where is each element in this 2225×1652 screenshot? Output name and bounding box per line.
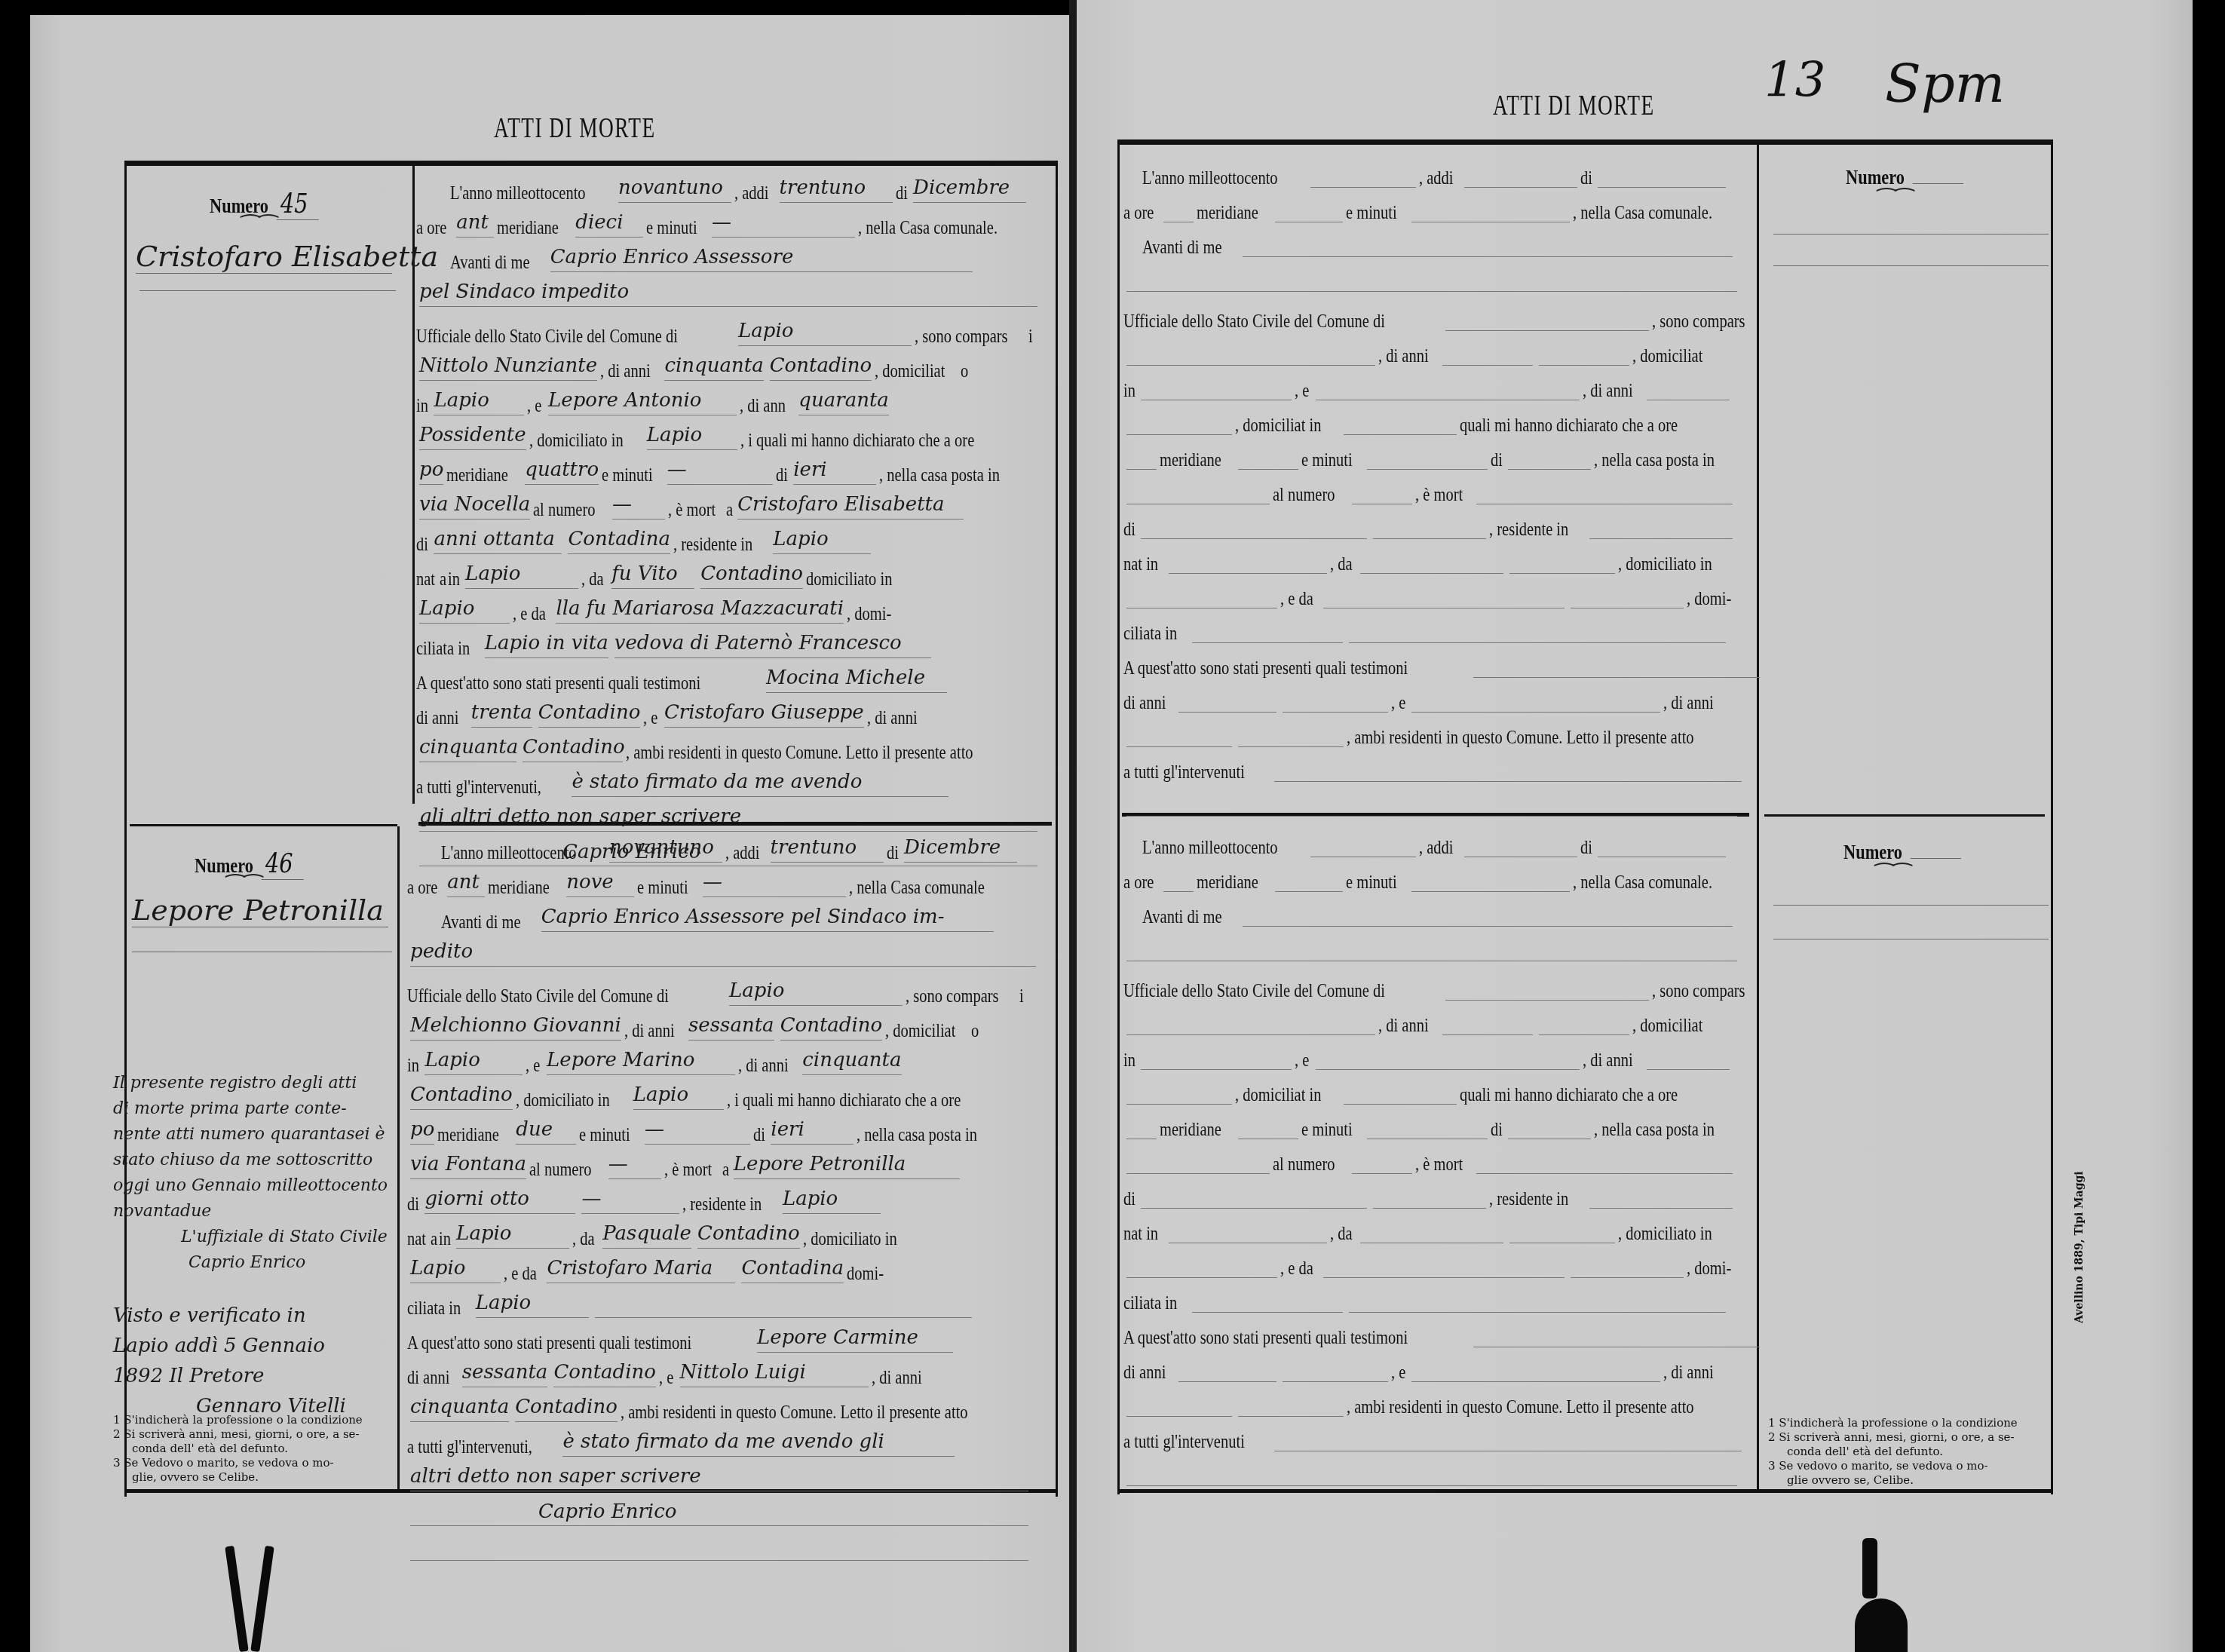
label: o — [971, 1022, 979, 1041]
label: a tutti gl'intervenuti, — [416, 778, 541, 797]
form-line: meridianee minutidi, nella casa posta in — [1123, 437, 1749, 470]
label: nat — [407, 1230, 426, 1249]
field-eta-t2: cinquanta — [410, 1397, 509, 1422]
record-line-chiusura2: gli altri detto non saper scrivere — [416, 798, 1050, 832]
label: meridiane — [488, 878, 550, 897]
form-line: Avanti di me — [1123, 893, 1749, 927]
label: , domi- — [1687, 1259, 1731, 1278]
field-mese: Dicembre — [904, 838, 1017, 863]
label: , di anni — [1663, 694, 1714, 713]
field-chiusura2: altri detto non saper scrivere — [410, 1467, 1028, 1491]
field-via: via Fontana — [410, 1154, 526, 1179]
field-dichiarante2: Lepore Marino — [547, 1050, 735, 1075]
margin-name-46: Lepore Petronilla — [132, 893, 388, 927]
blank-field — [1367, 445, 1488, 470]
field-prof-padre: Contadino — [697, 1224, 800, 1249]
form-line — [1123, 1453, 1749, 1486]
record-line-domicilio-madre: ciliata in Lapio — [407, 1285, 1048, 1318]
label: , e — [659, 1368, 673, 1387]
label: a — [440, 570, 446, 589]
form-line: ciliata in — [1123, 1280, 1749, 1313]
blank-field — [1360, 1218, 1503, 1243]
field-domicilio2: Lapio — [633, 1085, 724, 1110]
blank-field — [1238, 1114, 1298, 1139]
field-padre: Pasquale — [602, 1224, 691, 1249]
field-madre: Cristofaro Maria — [547, 1258, 735, 1283]
binding-tie — [1862, 1538, 1877, 1598]
field-domicilio1: Lapio — [434, 391, 524, 415]
form-line: in, e, di anni — [1123, 367, 1749, 400]
label: A quest'atto sono stati presenti quali t… — [1123, 1329, 1408, 1347]
record-line-ufficiale: Ufficiale dello Stato Civile del Comune … — [416, 313, 1050, 346]
form-line: a oremeridianee minuti, nella Casa comun… — [1123, 189, 1749, 222]
blank-field — [1141, 514, 1367, 539]
footnote: 2 Si scriverà anni, mesi, giorni, o ore,… — [113, 1427, 363, 1442]
label: , residente in — [673, 535, 752, 554]
rule — [1773, 939, 2049, 939]
field-stato-civile — [595, 1293, 972, 1318]
label: e minuti — [646, 219, 697, 238]
blank-field — [1126, 1461, 1737, 1486]
label: di — [1491, 1120, 1503, 1139]
blank-field — [1598, 832, 1726, 857]
label: domi- — [847, 1264, 884, 1283]
field-giorno2: ieri — [793, 460, 876, 485]
blank-field — [1192, 1288, 1343, 1313]
label: , di anni — [872, 1368, 922, 1387]
record-line-testimoni: A quest'atto sono stati presenti quali t… — [416, 660, 1050, 693]
field-residenza: Lapio — [773, 529, 871, 554]
label: , di anni — [624, 1022, 675, 1041]
note-line: oggi uno Gennaio milleottocento — [113, 1173, 388, 1199]
note-line: Il presente registro degli atti — [113, 1071, 388, 1096]
blank-field — [1571, 1253, 1684, 1278]
field-eta-defunto: anni ottanta — [434, 529, 562, 554]
form-line: L'anno milleottocento, addidi — [1123, 824, 1749, 857]
blank-field — [1283, 1357, 1388, 1382]
label: a — [431, 1230, 437, 1249]
field-ore: nove — [566, 872, 634, 897]
form-line: di anni, e, di anni — [1123, 1349, 1749, 1382]
label: in — [407, 1056, 419, 1075]
label: di anni — [1123, 694, 1166, 713]
label: meridiane — [1197, 204, 1258, 222]
label: , nella Casa comunale. — [1573, 204, 1712, 222]
blank-field — [1163, 867, 1194, 892]
field-eta-t2: cinquanta — [419, 737, 516, 762]
label: , addi — [725, 844, 760, 863]
field-avanti: Caprio Enrico Assessore pel Sindaco im- — [541, 907, 994, 932]
label: a tutti gl'intervenuti — [1123, 763, 1245, 782]
right-page-title: ATTI DI MORTE — [1493, 89, 1655, 122]
label: , di anni — [1583, 1051, 1633, 1070]
label: , domiciliat — [885, 1022, 955, 1041]
blank-field — [1243, 232, 1733, 257]
note-line: stato chiuso da me sottoscritto — [113, 1148, 388, 1173]
blank-field — [1373, 1184, 1486, 1209]
label: , nella casa posta in — [1594, 1120, 1715, 1139]
label: Avanti di me — [441, 913, 521, 932]
label: al numero — [1273, 1155, 1335, 1174]
label: meridiane — [446, 466, 508, 485]
field-eta1: sessanta — [688, 1016, 774, 1041]
label: a tutti gl'intervenuti — [1123, 1433, 1245, 1451]
label: di — [416, 535, 428, 554]
blank-field — [1508, 1114, 1591, 1139]
label: , da — [1330, 1224, 1353, 1243]
label: , di anni — [600, 362, 651, 381]
blank-field — [1445, 976, 1649, 1001]
record-line-domicilio-madre: ciliata in Lapio in vita vedova di Pater… — [416, 625, 1050, 658]
blank-field — [1476, 480, 1733, 504]
field-eta-defunto: giorni otto — [424, 1189, 575, 1214]
blank-field — [1126, 341, 1375, 366]
right-column-separator — [1757, 143, 1759, 1489]
label: , nella Casa comunale — [849, 878, 985, 897]
label: meridiane — [497, 219, 559, 238]
field-prof1: Contadino — [770, 356, 872, 381]
label: A quest'atto sono stati presenti quali t… — [407, 1334, 691, 1353]
label: , da — [1330, 555, 1353, 574]
blank-field — [1169, 549, 1327, 574]
field-numero-civico: — — [608, 1154, 661, 1179]
label: e minuti — [637, 878, 688, 897]
record-divider-margin — [1764, 814, 2045, 817]
label: , domiciliato in — [1618, 555, 1712, 574]
blank-field — [1464, 832, 1577, 857]
blank-field — [1539, 341, 1629, 366]
blank-field — [1442, 341, 1533, 366]
blank-field — [1411, 688, 1660, 713]
label: Ufficiale dello Stato Civile del Comune … — [407, 987, 669, 1006]
label: , e — [1391, 1363, 1405, 1382]
label: e minuti — [579, 1126, 630, 1145]
footnote: conda dell' età del defunto. — [1768, 1445, 2018, 1459]
blank-field — [1539, 1010, 1629, 1035]
field-ore-prefix: ant — [456, 213, 494, 238]
form-line — [1123, 928, 1749, 961]
form-line: in, e, di anni — [1123, 1037, 1749, 1070]
label: , residente in — [682, 1195, 762, 1214]
label: domiciliato in — [806, 570, 892, 589]
label: , e — [1391, 694, 1405, 713]
label: in — [1123, 382, 1135, 400]
label: , sono compars — [915, 327, 1008, 346]
label: meridiane — [1197, 873, 1258, 892]
label: , ambi residenti in questo Comune. Letto… — [626, 743, 973, 762]
blank-field — [1274, 1427, 1742, 1451]
label: , nella casa posta in — [1594, 451, 1715, 470]
footnote: glie ovvero se, Celibe. — [1768, 1473, 2018, 1488]
field-stato-civile: vedova di Paternò Francesco — [614, 633, 931, 658]
label: di — [887, 844, 899, 863]
field-dichiarante1: Melchionno Giovanni — [410, 1016, 621, 1041]
blank-field — [1126, 1080, 1232, 1105]
field-prof-t2: Contadino — [515, 1397, 618, 1422]
record-line-anno: L'anno milleottocento novantuno , addi t… — [407, 829, 1048, 863]
record-line-nascita: nata in Lapio , da Pasquale Contadino , … — [407, 1215, 1048, 1249]
rule — [132, 952, 392, 952]
blank-field — [1178, 1357, 1276, 1382]
label: ciliata in — [1123, 1294, 1177, 1313]
blank-field — [1126, 1114, 1157, 1139]
form-line: , e da, domi- — [1123, 575, 1749, 608]
record-line-avanti: Avanti di me Caprio Enrico Assessore — [416, 239, 1050, 272]
form-line: di, residente in — [1123, 506, 1749, 539]
blank-field — [1126, 1010, 1375, 1035]
rule — [1773, 905, 2049, 906]
record-line-defunto: via Nocella al numero — , è mort a Crist… — [416, 486, 1050, 520]
field-dichiarante2: Lepore Antonio — [548, 391, 737, 415]
field-chiusura2: gli altri detto non saper scrivere — [419, 807, 1037, 832]
label: , nella casa posta in — [879, 466, 1000, 485]
label: , i quali mi hanno dichiarato che a ore — [740, 431, 974, 450]
label: , sono compars — [1652, 982, 1745, 1001]
form-line: , domiciliat inquali mi hanno dichiarato… — [1123, 402, 1749, 435]
form-line: ciliata in — [1123, 610, 1749, 643]
label: o — [961, 362, 968, 381]
field-testimone1: Lepore Carmine — [757, 1328, 953, 1353]
field-ore-prefix: ant — [447, 872, 485, 897]
field-minuti: — — [703, 872, 846, 897]
record-line-dichiarante2: in Lapio , e Lepore Marino , di anni cin… — [407, 1042, 1048, 1075]
label: Avanti di me — [450, 253, 530, 272]
note-line: L'uffiziale di Stato Civile — [113, 1224, 388, 1250]
label: , e — [643, 709, 657, 728]
field-domicilio-madre: Lapio in vita — [485, 633, 608, 658]
note-line: di morte prima parte conte- — [113, 1096, 388, 1122]
label: a ore — [1123, 204, 1154, 222]
label: , di anni — [1663, 1363, 1714, 1382]
record-line-chiusura2: altri detto non saper scrivere — [407, 1458, 1048, 1491]
record-line-nascita: nata in Lapio , da fu Vito Contadino dom… — [416, 556, 1050, 589]
blank-field — [1310, 163, 1416, 188]
label: a ore — [416, 219, 446, 238]
blank-record-number-1: Numero — [1846, 166, 1963, 190]
blank-field — [1589, 1184, 1733, 1209]
label: , e da — [513, 605, 546, 624]
field-ore2: quattro — [525, 460, 599, 485]
label: , è mort — [664, 1160, 712, 1179]
blank-field — [1352, 1149, 1412, 1174]
label: , e da — [1280, 1259, 1313, 1278]
page-number-mark: 13 — [1764, 53, 1825, 109]
form-line: , di anni, domiciliat — [1123, 1002, 1749, 1035]
label: a — [722, 1160, 729, 1179]
blank-field — [1349, 618, 1726, 643]
label: , domiciliato in — [1618, 1224, 1712, 1243]
field-eta2: cinquanta — [802, 1050, 901, 1075]
label: , e — [1295, 382, 1309, 400]
label: , domi- — [1687, 590, 1731, 608]
blank-field — [1141, 1045, 1292, 1070]
label: , domiciliat in — [1235, 1086, 1321, 1105]
label: A quest'atto sono stati presenti quali t… — [1123, 659, 1408, 678]
register-closing-note: Il presente registro degli atti di morte… — [113, 1071, 388, 1276]
record-line-avanti-cont: pedito — [407, 933, 1048, 967]
field-avanti: Caprio Enrico Assessore — [550, 247, 973, 272]
form-line: Ufficiale dello Stato Civile del Comune … — [1123, 298, 1749, 331]
blank-field — [1571, 584, 1684, 608]
field-eta-t1: sessanta — [462, 1362, 548, 1387]
field-comune: Lapio — [738, 321, 912, 346]
blank-field — [1126, 936, 1737, 961]
field-testimone1: Mocina Michele — [766, 668, 947, 693]
field-eta-t1: trenta — [471, 703, 532, 728]
blank-field — [1509, 549, 1615, 574]
field-defunto: Lepore Petronilla — [734, 1154, 960, 1179]
rule — [1773, 265, 2049, 266]
field-giorno2: ieri — [771, 1120, 854, 1145]
record-line-quali: Contadino , domiciliato in Lapio , i qua… — [407, 1077, 1048, 1110]
label: di — [407, 1195, 419, 1214]
label: quali mi hanno dichiarato che a ore — [1460, 416, 1678, 435]
label: , ambi residenti in questo Comune. Letto… — [1347, 1398, 1694, 1417]
blank-field — [1476, 1149, 1733, 1174]
field-domicilio-padre: Lapio — [419, 599, 510, 624]
blank-field — [1589, 514, 1733, 539]
footnote: 2 Si scriverà anni, mesi, giorni, o ore,… — [1768, 1430, 2018, 1445]
field-domicilio-padre: Lapio — [410, 1258, 501, 1283]
record-line-ambi: cinquanta Contadino , ambi residenti in … — [407, 1389, 1048, 1422]
field-prof1: Contadino — [780, 1016, 883, 1041]
label: , di ann — [740, 397, 786, 415]
label: , e — [1295, 1051, 1309, 1070]
label: , da — [581, 570, 604, 589]
label: in — [448, 570, 460, 589]
label: , è mort — [1415, 486, 1463, 504]
field-anno: novantuno — [609, 838, 722, 863]
label: , nella Casa comunale. — [1573, 873, 1712, 892]
label: meridiane — [437, 1126, 499, 1145]
blank-field — [1126, 1253, 1277, 1278]
note-line: nente atti numero quarantasei è — [113, 1122, 388, 1148]
ornament-swash: ⁀⁀ — [1877, 188, 1914, 215]
label: L'anno milleottocento — [1142, 838, 1278, 857]
label: e minuti — [602, 466, 653, 485]
form-line — [1123, 259, 1749, 292]
field-luogo-nascita: Lapio — [465, 564, 578, 589]
record-line-ora-morte: po meridiane due e minuti — di ieri , ne… — [407, 1111, 1048, 1145]
form-line: nat in, da, domiciliato in — [1123, 1210, 1749, 1243]
record-line-testimone2: di anni trenta Contadino , e Cristofaro … — [416, 694, 1050, 728]
label: , i quali mi hanno dichiarato che a ore — [727, 1091, 961, 1110]
label: L'anno milleottocento — [1142, 169, 1278, 188]
footnote: 1 S'indicherà la professione o la condiz… — [1768, 1416, 2018, 1430]
field-dichiarante1: Nittolo Nunziante — [419, 356, 597, 381]
record-line-blank — [407, 1528, 1048, 1561]
blank-field — [1126, 445, 1157, 470]
field-prof2: Contadino — [410, 1085, 513, 1110]
field-prof-t2: Contadino — [523, 737, 623, 762]
form-line: , di anni, domiciliat — [1123, 333, 1749, 366]
field-defunto: Cristofaro Elisabetta — [737, 495, 964, 520]
record-line-testimone2: di anni sessanta Contadino , e Nittolo L… — [407, 1354, 1048, 1387]
blank-field — [1647, 375, 1730, 400]
label: a tutti gl'intervenuti, — [407, 1438, 532, 1457]
label: , e da — [504, 1264, 537, 1283]
field-prof-t1: Contadino — [538, 703, 641, 728]
note-signature: Caprio Enrico — [113, 1250, 388, 1276]
visa-note: Visto e verificato in Lapio addì 5 Genna… — [113, 1301, 346, 1421]
form-line: a tutti gl'intervenuti — [1123, 1418, 1749, 1451]
label: , sono compars — [906, 987, 999, 1006]
blank-field — [1169, 1218, 1327, 1243]
blank-field — [1238, 722, 1344, 747]
blank-field — [1163, 198, 1194, 222]
blank-field — [1141, 1184, 1367, 1209]
left-footnotes: 1 S'indicherà la professione o la condiz… — [113, 1413, 363, 1485]
label: a ore — [407, 878, 437, 897]
field-testimone2: Nittolo Luigi — [680, 1362, 869, 1387]
field-padre: fu Vito — [611, 564, 694, 589]
blank-field — [1411, 867, 1570, 892]
label: a — [726, 501, 733, 520]
form-line: , ambi residenti in questo Comune. Letto… — [1123, 1384, 1749, 1417]
field-madre: lla fu Mariarosa Mazzacurati — [556, 599, 844, 624]
officer-signature: Caprio Enrico — [410, 1502, 1028, 1526]
label: , addi — [734, 184, 769, 203]
label: di anni — [416, 709, 458, 728]
field-avanti-cont: pedito — [410, 942, 1036, 967]
label: meridiane — [1160, 451, 1221, 470]
field-minuti: — — [712, 213, 855, 238]
label: e minuti — [1301, 451, 1353, 470]
field-eta2: quaranta — [798, 391, 889, 415]
label: e minuti — [1346, 873, 1397, 892]
record-line-ore: a ore ant meridiane dieci e minuti — , n… — [416, 204, 1050, 238]
blank-field — [1360, 549, 1503, 574]
corner-annotation: Spm — [1885, 53, 2005, 115]
blank-field — [1316, 1045, 1580, 1070]
blank-field — [1310, 832, 1416, 857]
field-chiusura1: è stato firmato da me avendo — [572, 772, 949, 797]
record-divider-margin — [130, 824, 397, 826]
field-ore: dieci — [575, 213, 643, 238]
label: , nella casa posta in — [857, 1126, 977, 1145]
footnote: 3 Se Vedovo o marito, se vedova o mo- — [113, 1456, 363, 1470]
record-line-ora-morte: po meridiane quattro e minuti — di ieri … — [416, 452, 1050, 485]
rule — [139, 290, 396, 291]
record-line-ore: a ore ant meridiane nove e minuti — , ne… — [407, 864, 1048, 897]
blank-field — [1274, 757, 1742, 782]
label: A quest'atto sono stati presenti quali t… — [416, 674, 700, 693]
field-ore2-prefix: po — [410, 1120, 434, 1145]
label: Ufficiale dello Stato Civile del Comune … — [1123, 312, 1385, 331]
label: di — [776, 466, 788, 485]
label: e minuti — [1346, 204, 1397, 222]
field-luogo-nascita: Lapio — [456, 1224, 569, 1249]
label: i — [1019, 987, 1024, 1006]
blank-field — [1647, 1045, 1730, 1070]
footnote: 3 Se vedovo o marito, se vedova o mo- — [1768, 1459, 2018, 1473]
label: i — [1028, 327, 1033, 346]
blank-field — [1126, 1392, 1232, 1417]
blank-field — [1411, 1357, 1660, 1382]
label: , residente in — [1489, 520, 1568, 539]
record-line-dichiarante1: Melchionno Giovanni , di anni sessanta C… — [407, 1007, 1048, 1041]
label: L'anno milleottocento — [450, 184, 586, 203]
field-mese: Dicembre — [913, 178, 1026, 203]
label: , domi- — [847, 605, 891, 624]
field-prof-defunto: — — [581, 1189, 679, 1214]
label: al numero — [533, 501, 596, 520]
binding-tie — [1855, 1598, 1908, 1652]
label: , di anni — [1378, 1016, 1429, 1035]
field-giorno: trentuno — [780, 178, 893, 203]
record-line-eta-defunto: di anni ottanta Contadina , residente in… — [416, 521, 1050, 554]
form-line — [1123, 783, 1749, 817]
